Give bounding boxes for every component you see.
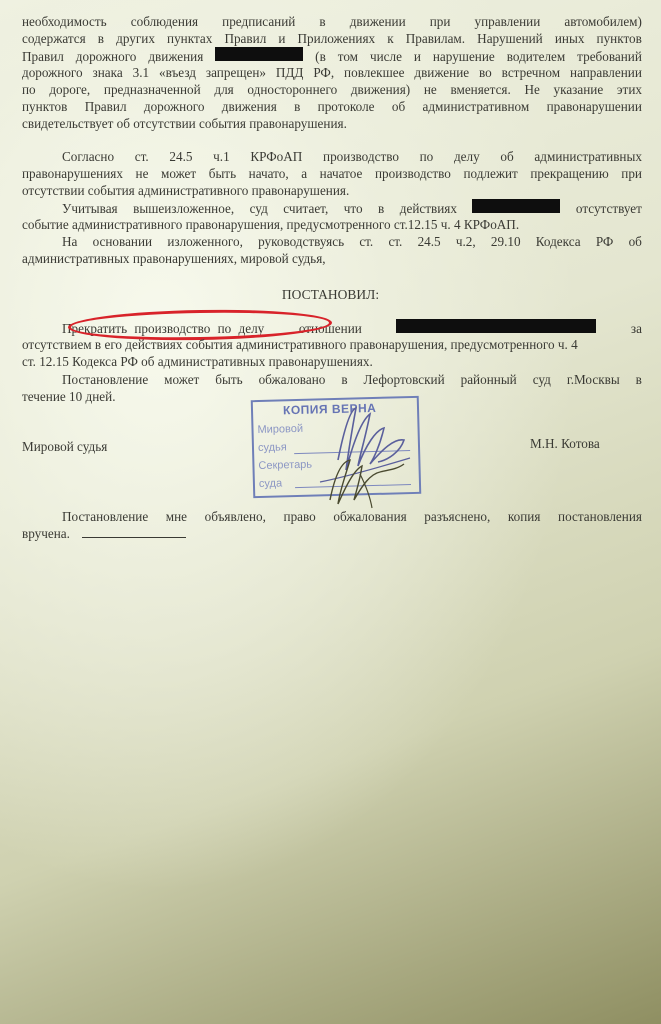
text-word: дорожного — [76, 48, 137, 65]
text-word: движения — [222, 98, 277, 115]
stamp-row: судья — [258, 441, 287, 454]
text-word: административных — [534, 148, 642, 165]
text-word: правонарушении — [547, 98, 642, 115]
text-word: вышеизложенное, — [133, 200, 234, 217]
p1-line: пунктовПравилдорожногодвижениявпротоколе… — [22, 98, 642, 115]
text-word: в — [636, 371, 642, 388]
text-word: ч.1 — [213, 148, 230, 165]
acknowledgement-word: постановления — [558, 508, 642, 525]
text-word: для — [214, 81, 233, 98]
text-word: прекращению — [530, 165, 608, 182]
p1-line: свидетельствует об отсутствии события пр… — [22, 115, 642, 132]
judge-label: Мировой судья — [22, 438, 222, 455]
p1-line: необходимостьсоблюденияпредписанийвдвиже… — [22, 13, 642, 30]
text-word: автомобилем) — [564, 13, 642, 30]
text-word: вменяется. — [450, 81, 510, 98]
text-word: (в — [315, 48, 326, 65]
text-word: действиях — [400, 200, 457, 217]
text-word: пунктах — [167, 30, 212, 47]
text-word: Учитывая — [62, 200, 118, 217]
text-word: пунктов — [22, 98, 67, 115]
text-word: ст. — [359, 233, 373, 250]
text-word: соблюдения — [131, 13, 198, 30]
text-word: встречном — [502, 64, 560, 81]
text-word: необходимость — [22, 13, 107, 30]
text-word: пунктов — [597, 30, 642, 47]
text-word: КРФоАП — [250, 148, 302, 165]
text-word: правонарушениях — [22, 165, 123, 182]
acknowledgement-word: Постановление — [62, 508, 148, 525]
text-word: свидетельствует об отсутствии события пр… — [22, 115, 347, 132]
text-word: 24.5 — [169, 148, 192, 165]
text-word: обжаловано — [259, 371, 326, 388]
text-word: административном — [422, 98, 529, 115]
acknowledgement-word: обжалования — [333, 508, 406, 525]
text-word: нарушение — [433, 48, 495, 65]
text-word: дорожного — [22, 64, 83, 81]
text-word: течение 10 дней. — [22, 388, 116, 405]
acknowledgement-word: разъяснено, — [424, 508, 490, 525]
text-word: Постановление — [62, 371, 148, 388]
text-word: Правил — [224, 30, 266, 47]
text-word: 29.10 — [491, 233, 521, 250]
text-word: 3.1 — [133, 64, 149, 81]
text-word: г.Москвы — [567, 371, 620, 388]
text-word: об — [629, 233, 642, 250]
text-word: РФ — [596, 233, 614, 250]
p1-line: дорожногознака3.1«въездзапрещен»ПДДРФ,по… — [22, 64, 642, 81]
text-word: Приложениях — [298, 30, 376, 47]
acknowledgement-word: мне — [166, 508, 187, 525]
text-word: Правил — [22, 48, 64, 65]
text-word: основании — [93, 233, 153, 250]
document-page: необходимостьсоблюденияпредписанийвдвиже… — [0, 0, 661, 1024]
text-word: суд — [250, 200, 268, 217]
acknowledgement-line-2: вручена. — [22, 525, 642, 542]
text-word: На — [62, 233, 77, 250]
text-word: в — [378, 200, 384, 217]
text-word: других — [116, 30, 155, 47]
text-word: РФ, — [313, 64, 334, 81]
text-word: ст. — [388, 233, 402, 250]
text-word: том — [338, 48, 358, 65]
ruling-title: ПОСТАНОВИЛ: — [0, 287, 661, 303]
p2-line: Согласност.24.5ч.1КРФоАПпроизводствоподе… — [62, 148, 642, 165]
text-word: начатое — [320, 165, 363, 182]
text-word: а — [301, 165, 307, 182]
text-word: отсутствии события административного пра… — [22, 182, 349, 199]
judge-name: М.Н. Котова — [530, 436, 600, 452]
text-word: знака — [93, 64, 123, 81]
text-word: по — [22, 81, 36, 98]
text-word: этих — [617, 81, 642, 98]
text-word: Лефортовский — [364, 371, 445, 388]
text-word: в — [341, 371, 347, 388]
text-word: требований — [577, 48, 642, 65]
text-word: указание — [554, 81, 604, 98]
text-word: ПДД — [276, 64, 304, 81]
text-word: изложенного, — [167, 233, 243, 250]
ruling-line-3: ст. 12.15 Кодекса РФ об административных… — [22, 353, 642, 370]
text-word: дороге, — [49, 81, 90, 98]
text-word: при — [430, 13, 451, 30]
text-word: административных правонарушениях, мирово… — [22, 250, 326, 267]
text-word: содержатся — [22, 30, 86, 47]
acknowledgement-word: копия — [508, 508, 541, 525]
p1-line: содержатсявдругихпунктахПравилиПриложени… — [22, 30, 642, 47]
acknowledgement-word: вручена. — [22, 525, 70, 542]
text-word: к — [387, 30, 393, 47]
text-word: отсутствует — [576, 200, 642, 217]
text-word: не — [424, 81, 437, 98]
text-word: направлении — [570, 64, 642, 81]
text-word: ст. — [135, 148, 149, 165]
text-word: ч.2, — [456, 233, 476, 250]
text-word: и — [414, 48, 421, 65]
text-word: Нарушений — [477, 30, 543, 47]
text-word: Не — [524, 81, 539, 98]
text-word: начато, — [249, 165, 289, 182]
p2-line: правонарушенияхнеможетбытьначато,аначато… — [22, 165, 642, 182]
pa-line: ПостановлениеможетбытьобжаловановЛефорто… — [62, 371, 642, 388]
text-word: одностороннего — [247, 81, 337, 98]
ruling-line-2: отсутствием в его действиях события адми… — [22, 336, 642, 353]
text-word: Кодекса — [536, 233, 581, 250]
text-word: руководствуясь — [258, 233, 344, 250]
text-word: не — [136, 165, 149, 182]
text-word: иных — [555, 30, 585, 47]
text-word: управлении — [475, 13, 541, 30]
p4-line: административных правонарушениях, мирово… — [22, 250, 642, 267]
text-word: быть — [215, 371, 242, 388]
text-word: Правилам. — [406, 30, 465, 47]
acknowledgement-line-1: Постановлениемнеобъявлено,правообжалован… — [62, 508, 642, 525]
text-word: Правил — [85, 98, 127, 115]
text-word: по — [420, 148, 434, 165]
text-word: что — [344, 200, 363, 217]
text-word: повлекшее — [344, 64, 404, 81]
signature-blank-line[interactable] — [82, 525, 186, 538]
text-word: и — [278, 30, 285, 47]
redacted-name-block — [215, 47, 303, 61]
redacted-name-block — [396, 319, 596, 333]
text-word: в — [319, 13, 325, 30]
acknowledgement-word: объявлено, — [205, 508, 266, 525]
p3-line: событие административного правонарушения… — [22, 216, 642, 233]
text-word: быть — [209, 165, 236, 182]
text-word: об — [392, 98, 405, 115]
stamp-row: суда — [259, 477, 282, 490]
text-word: движения) — [351, 81, 410, 98]
text-word: об — [500, 148, 513, 165]
text-word: предписаний — [222, 13, 295, 30]
p2-line: отсутствии события административного пра… — [22, 182, 642, 199]
text-word: делу — [454, 148, 480, 165]
text-word: движения — [148, 48, 203, 65]
text-word: производство — [375, 165, 451, 182]
text-word: протоколе — [318, 98, 375, 115]
text-word: числе — [370, 48, 402, 65]
text-word: движение — [414, 64, 469, 81]
p3-line: Учитываявышеизложенное,судсчитает,чтовде… — [62, 199, 642, 217]
text-word: считает, — [283, 200, 328, 217]
text-word: производство — [323, 148, 399, 165]
text-word: движении — [350, 13, 406, 30]
ruling-word: за — [631, 320, 642, 337]
text-word: водителем — [507, 48, 566, 65]
text-word: может — [161, 165, 196, 182]
text-word: при — [621, 165, 642, 182]
p1-line: Правилдорожногодвижения(втомчислеинаруше… — [22, 47, 642, 65]
text-word: в — [294, 98, 300, 115]
stamp-row: Мировой — [257, 423, 303, 436]
text-word: может — [164, 371, 199, 388]
text-word: событие административного правонарушения… — [22, 216, 519, 233]
p1-line: подороге,предназначеннойдляодностороннег… — [22, 81, 642, 98]
text-word: суд — [533, 371, 551, 388]
text-word: запрещен» — [206, 64, 266, 81]
text-word: Согласно — [62, 148, 114, 165]
text-word: предназначенной — [104, 81, 201, 98]
text-word: районный — [461, 371, 517, 388]
p4-line: Наоснованииизложенного,руководствуясьст.… — [62, 233, 642, 250]
text-word: подлежит — [463, 165, 517, 182]
text-word: дорожного — [144, 98, 205, 115]
text-word: «въезд — [159, 64, 196, 81]
text-word: 24.5 — [418, 233, 441, 250]
text-word: во — [479, 64, 492, 81]
acknowledgement-word: право — [284, 508, 316, 525]
redacted-name-block — [472, 199, 560, 213]
handwritten-signature-icon — [300, 400, 420, 510]
text-word: в — [98, 30, 104, 47]
